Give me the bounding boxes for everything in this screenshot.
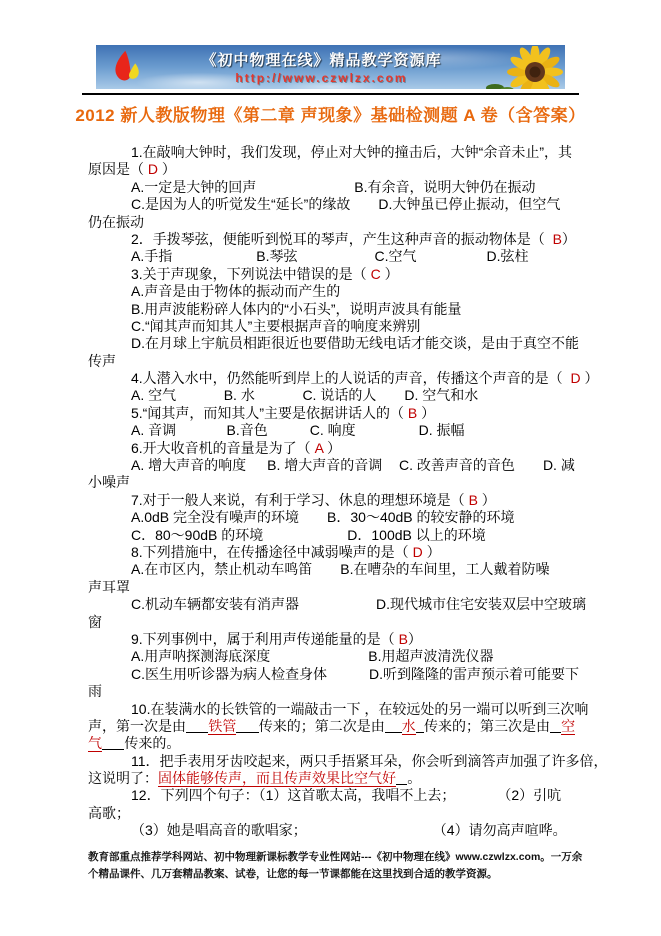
text-line: 10.在装满水的长铁管的一端敲击一下 ，在较远处的另一端可以听到三次响 [88,701,582,718]
text-line: 7.对于一般人来说，有利于学习、休息的理想环境是（ B ） [88,492,582,509]
answer-blank [416,720,424,733]
text-segment: 9.下列事例中，属于利用声传递能量的是（ [131,631,399,647]
footer-note: 教育部重点推荐学科网站、初中物理新课标教学专业性网站---《初中物理在线》www… [88,849,588,883]
sunflower-icon [479,46,563,89]
text-segment: C.“闻其声而知其人”主要根据声音的响度来辨别 [131,318,420,334]
question-list: 1.在敲响大钟时，我们发现，停止对大钟的撞击后，大钟“余音未止”，其原因是（ D… [88,144,582,840]
text-line: C．80～90dB 的环境D．100dB 以上的环境 [88,527,582,544]
spacer [350,208,378,209]
answer-text: B [553,231,562,247]
text-segment: D.听到隆隆的雷声预示着可能要下 [369,666,579,682]
text-segment: D.弦柱 [486,248,528,264]
text-segment: ） [478,492,496,508]
text-segment: ） [581,370,599,386]
text-line: 4.人潜入水中，仍然能听到岸上的人说话的声音，传播这个声音的是（ D ） [88,370,582,387]
answer-text: D [570,370,580,386]
text-segment: C.是因为人的听觉发生“延长”的缘故 [131,196,350,212]
spacer [256,191,354,192]
text-line: A. 增大声音的响度B. 增大声音的音调C. 改善声音的音色D. 减 [88,457,582,474]
spacer [255,399,303,400]
answer-blank [396,772,407,785]
text-segment: ） [423,544,441,560]
text-segment: D.在月球上宇航员相距很近也要借助无线电话才能交谈，是由于真空不能 [131,335,579,351]
spacer [327,678,369,679]
text-line: 声耳罩 [88,579,582,596]
text-segment: A.在市区内，禁止机动车鸣笛 [131,561,312,577]
divider-line [82,93,579,95]
text-segment: 8.下列措施中，在传播途径中减弱噪声的是（ [131,544,413,560]
text-segment: 高歌； [88,805,130,821]
text-segment: A. 音调 [131,422,176,438]
text-segment: B.在嘈杂的车间里，工人戴着防噪 [340,561,549,577]
text-segment: B. 增大声音的音调 [267,457,382,473]
text-line: 原因是（ D ） [88,161,582,178]
spacer [176,399,224,400]
text-segment: 5.“闻其声，而知其人”主要是依据讲话人的（ [131,405,408,421]
answer-text: D [148,161,158,177]
banner-site-url: http://www.czwlzx.com [162,71,481,85]
answer-text: 固体能够传声，而且传声效果比空气好 [158,770,396,787]
text-segment: 11．把手表用牙齿咬起来，两只手捂紧耳朵，你会听到滴答声加强了许多倍， [131,753,608,769]
spacer [356,434,419,435]
text-segment: 仍在振动 [88,214,144,230]
text-segment: B.用超声波清洗仪器 [368,648,493,664]
text-line: A. 音调B.音色C. 响度D. 振幅 [88,422,582,439]
text-line: A.手指B.琴弦C.空气D.弦柱 [88,248,582,265]
text-segment: 传声 [88,353,116,369]
spacer [312,573,340,574]
text-segment: 7.对于一般人来说，有利于学习、休息的理想环境是（ [131,492,469,508]
answer-text: B [408,405,417,421]
spacer [299,608,376,609]
text-segment: 窗 [88,614,102,630]
text-line: A.用声呐探测海底深度B.用超声波清洗仪器 [88,648,582,665]
text-line: 窗 [88,614,582,631]
text-line: A.一定是大钟的回声B.有余音，说明大钟仍在振动 [88,179,582,196]
text-segment: C. 改善声音的音色 [399,457,515,473]
text-line: C.是因为人的听觉发生“延长”的缘故D.大钟虽已停止振动，但空气 [88,196,582,213]
text-segment: （2）引吭 [497,787,561,803]
text-segment: 6.开大收音机的音量是为了（ [131,440,315,456]
answer-text: C [371,266,381,282]
text-segment: C.机动车辆都安装有消声器 [131,596,299,612]
doc-title: 2012 新人教版物理《第二章 声现象》基础检测题 A 卷（含答案） [40,101,621,126]
text-segment: （3）她是唱高音的歌唱家； [131,822,307,838]
text-line: 小噪声 [88,474,582,491]
spacer [376,399,404,400]
banner-text: 《初中物理在线》精品教学资源库 http://www.czwlzx.com [162,49,481,85]
text-line: 6.开大收音机的音量是为了（ A ） [88,440,582,457]
text-line: 声，第一次是由铁管传来的；第二次是由水传来的；第三次是由空 [88,718,582,735]
text-line: 气传来的。 [88,735,582,752]
text-segment: A.一定是大钟的回声 [131,179,256,195]
spacer [307,834,433,835]
text-segment: ） [381,266,399,282]
text-segment: A. 增大声音的响度 [131,457,246,473]
answer-text: D [413,544,423,560]
footer-line-2: 个精品课件、几万套精品教案、试卷，让您的每一节课都能在这里找到合适的教学资源。 [88,866,588,883]
answer-blank [385,720,402,733]
text-segment: D.大钟虽已停止振动，但空气 [378,196,560,212]
text-segment: B.琴弦 [256,248,297,264]
text-segment: 传来的。 [124,735,180,751]
answer-text: B [399,631,408,647]
flame-logo-icon [110,49,146,85]
text-line: 1.在敲响大钟时，我们发现，停止对大钟的撞击后，大钟“余音未止”，其 [88,144,582,161]
text-line: 5.“闻其声，而知其人”主要是依据讲话人的（ B ） [88,405,582,422]
text-segment: ） [417,405,435,421]
text-line: 8.下列措施中，在传播途径中减弱噪声的是（ D ） [88,544,582,561]
text-segment: B．30～40dB 的较安静的环境 [327,509,515,525]
text-segment: 小噪声 [88,474,130,490]
answer-text: 铁管 [208,718,236,735]
text-line: A. 空气B. 水C. 说话的人D. 空气和水 [88,387,582,404]
text-segment: 雨 [88,683,102,699]
text-segment: 这说明了： [88,770,158,786]
banner-site-title: 《初中物理在线》精品教学资源库 [162,49,481,70]
text-line: C.“闻其声而知其人”主要根据声音的响度来辨别 [88,318,582,335]
spacer [455,799,497,800]
answer-text: B [469,492,478,508]
spacer [172,260,256,261]
spacer [297,260,374,261]
answer-text: 气 [88,735,102,752]
text-line: A.声音是由于物体的振动而产生的 [88,283,582,300]
answer-blank [102,738,124,751]
site-banner: 《初中物理在线》精品教学资源库 http://www.czwlzx.com [96,45,565,89]
text-segment: A.声音是由于物体的振动而产生的 [131,283,340,299]
text-segment: C．80～90dB 的环境 [131,527,263,543]
spacer [270,660,368,661]
text-line: B.用声波能粉碎人体内的“小石头”，说明声波具有能量 [88,301,582,318]
text-segment: C. 说话的人 [302,387,376,403]
text-segment: 声耳罩 [88,579,130,595]
text-line: 12．下列四个句子：（1）这首歌太高，我唱不上去；（2）引吭 [88,787,582,804]
spacer [268,434,310,435]
text-segment: D．100dB 以上的环境 [347,527,485,543]
text-segment: 声，第一次是由 [88,718,186,734]
text-segment: 3.关于声现象，下列说法中错误的是（ [131,266,371,282]
text-line: A.0dB 完全没有噪声的环境B．30～40dB 的较安静的环境 [88,509,582,526]
answer-blank [236,720,258,733]
footer-line-1: 教育部重点推荐学科网站、初中物理新课标教学专业性网站---《初中物理在线》www… [88,849,588,866]
text-segment: 4.人潜入水中，仍然能听到岸上的人说话的声音，传播这个声音的是（ [131,370,570,386]
text-segment: B. 水 [224,387,255,403]
text-segment: A.手指 [131,248,172,264]
text-segment: 2．手拨琴弦，便能听到悦耳的琴声，产生这种声音的振动物体是（ [131,231,553,247]
text-segment: ） [562,231,576,247]
text-segment: 原因是（ [88,161,148,177]
text-line: D.在月球上宇航员相距很近也要借助无线电话才能交谈，是由于真空不能 [88,335,582,352]
text-line: C.医生用听诊器为病人检查身体D.听到隆隆的雷声预示着可能要下 [88,666,582,683]
text-segment: C. 响度 [310,422,356,438]
text-line: 仍在振动 [88,214,582,231]
answer-blank [186,720,208,733]
text-line: A.在市区内，禁止机动车鸣笛B.在嘈杂的车间里，工人戴着防噪 [88,561,582,578]
spacer [382,469,399,470]
text-line: 2．手拨琴弦，便能听到悦耳的琴声，产生这种声音的振动物体是（ B） [88,231,582,248]
text-line: 9.下列事例中，属于利用声传递能量的是（ B） [88,631,582,648]
text-line: 3.关于声现象，下列说法中错误的是（ C ） [88,266,582,283]
text-segment: 传来的；第三次是由 [424,718,550,734]
text-segment: D. 振幅 [419,422,465,438]
text-segment: 传来的；第二次是由 [259,718,385,734]
text-segment: C.空气 [374,248,416,264]
text-segment: 12．下列四个句子：（1）这首歌太高，我唱不上去； [131,787,455,803]
text-segment: 10.在装满水的长铁管的一端敲击一下 ，在较远处的另一端可以听到三次响 [131,701,588,717]
text-segment: ） [158,161,176,177]
spacer [176,434,226,435]
text-segment: B.用声波能粉碎人体内的“小石头”，说明声波具有能量 [131,301,462,317]
spacer [416,260,486,261]
text-segment: ） [408,631,422,647]
text-line: 传声 [88,353,582,370]
text-segment: B.音色 [227,422,268,438]
text-line: 这说明了：固体能够传声，而且传声效果比空气好。 [88,770,582,787]
text-segment: D. 空气和水 [404,387,478,403]
text-line: （3）她是唱高音的歌唱家；（4）请勿高声喧哗。 [88,822,582,839]
answer-blank [550,720,561,733]
spacer [515,469,543,470]
text-segment: B.有余音，说明大钟仍在振动 [354,179,535,195]
answer-text: 空 [561,718,575,735]
text-line: 11．把手表用牙齿咬起来，两只手捂紧耳朵，你会听到滴答声加强了许多倍， [88,753,582,770]
text-segment: （4）请勿高声喧哗。 [433,822,567,838]
document-page: 《初中物理在线》精品教学资源库 http://www.czwlzx.com [0,0,661,936]
text-segment: D. 减 [543,457,575,473]
text-segment: A.用声呐探测海底深度 [131,648,270,664]
answer-text: A [315,440,324,456]
text-segment: A. 空气 [131,387,176,403]
spacer [299,521,327,522]
text-line: 雨 [88,683,582,700]
text-segment: 1.在敲响大钟时，我们发现，停止对大钟的撞击后，大钟“余音未止”，其 [131,144,572,160]
text-segment: C.医生用听诊器为病人检查身体 [131,666,327,682]
text-line: 高歌； [88,805,582,822]
text-segment: D.现代城市住宅安装双层中空玻璃 [376,596,586,612]
text-segment: 。 [407,770,421,786]
text-line: C.机动车辆都安装有消声器D.现代城市住宅安装双层中空玻璃 [88,596,582,613]
answer-text: 水 [402,718,416,735]
spacer [246,469,267,470]
spacer [263,539,347,540]
text-segment: ） [323,440,341,456]
text-segment: A.0dB 完全没有噪声的环境 [131,509,299,525]
